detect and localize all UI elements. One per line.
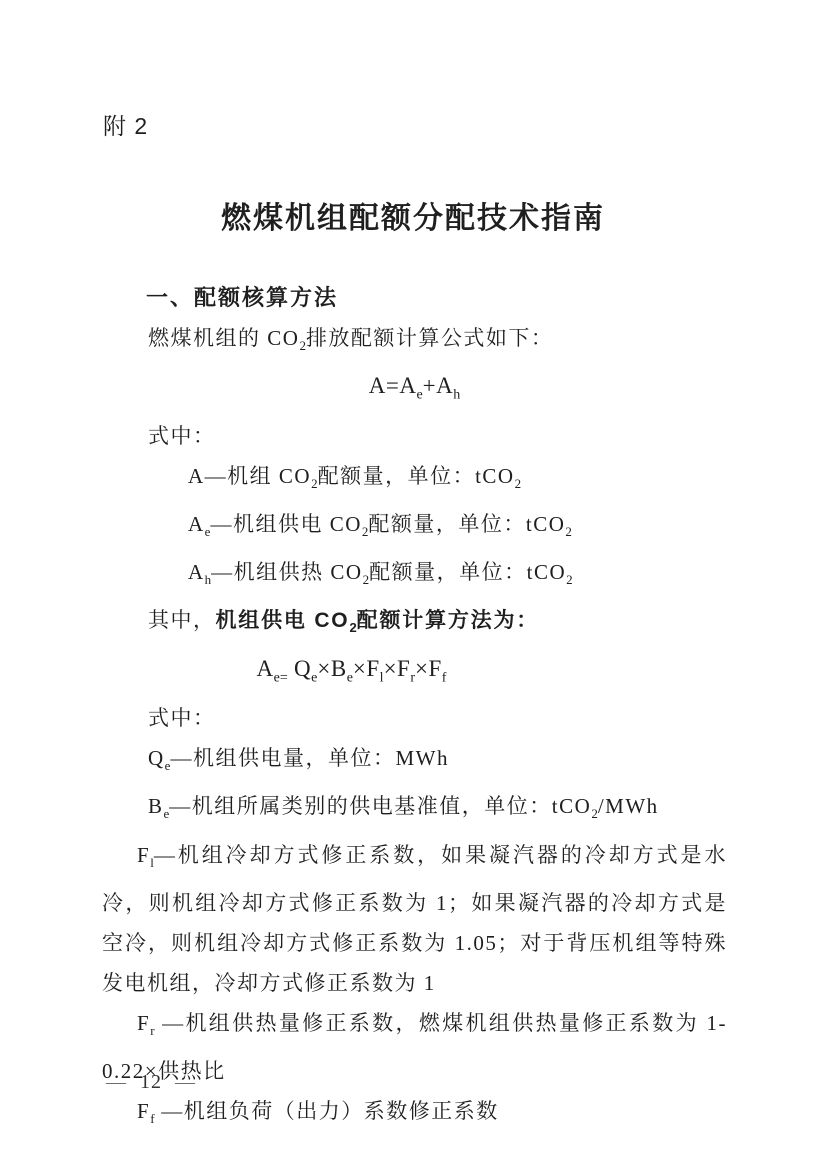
where-label-1: 式中： — [102, 416, 727, 456]
page-number: 12 — [140, 1071, 162, 1093]
document-body: 一、配额核算方法 燃煤机组的 CO2排放配额计算公式如下： A=Ae+Ah 式中… — [102, 278, 727, 1139]
definition-ah: Ah—机组供热 CO2配额量，单位：tCO2 — [102, 552, 727, 600]
paragraph-ff: Ff —机组负荷（出力）系数修正系数 — [102, 1091, 727, 1139]
document-page: 附 2 燃煤机组配额分配技术指南 一、配额核算方法 燃煤机组的 CO2排放配额计… — [0, 0, 826, 1169]
among-line: 其中，机组供电 CO2配额计算方法为： — [102, 600, 727, 648]
among-prefix: 其中， — [148, 608, 216, 632]
definition-be: Be—机组所属类别的供电基准值，单位：tCO2/MWh — [102, 786, 727, 834]
formula-electricity-text: Ae= Qe×Be×Fl×Fr×Ff — [257, 656, 447, 681]
attachment-label: 附 2 — [103, 108, 148, 141]
document-title: 燃煤机组配额分配技术指南 — [0, 193, 826, 237]
footer-dash-left: — — [106, 1071, 127, 1093]
among-bold-text: 机组供电 CO2配额计算方法为： — [216, 609, 540, 632]
section-heading: 一、配额核算方法 — [102, 278, 727, 318]
page-footer: —12— — [106, 1071, 196, 1094]
definition-a: A—机组 CO2配额量，单位：tCO2 — [102, 456, 727, 504]
paragraph-fl: Fl—机组冷却方式修正系数，如果凝汽器的冷却方式是水冷，则机组冷却方式修正系数为… — [102, 835, 727, 1003]
formula-total-allowance: A=Ae+Ah — [102, 366, 727, 416]
definition-ae: Ae—机组供电 CO2配额量，单位：tCO2 — [102, 504, 727, 552]
footer-dash-right: — — [175, 1071, 196, 1093]
where-label-2: 式中： — [102, 698, 727, 738]
definition-qe: Qe—机组供电量，单位：MWh — [102, 738, 727, 786]
formula-electricity-allowance: Ae= Qe×Be×Fl×Fr×Ff — [102, 649, 727, 699]
intro-paragraph: 燃煤机组的 CO2排放配额计算公式如下： — [102, 318, 727, 366]
